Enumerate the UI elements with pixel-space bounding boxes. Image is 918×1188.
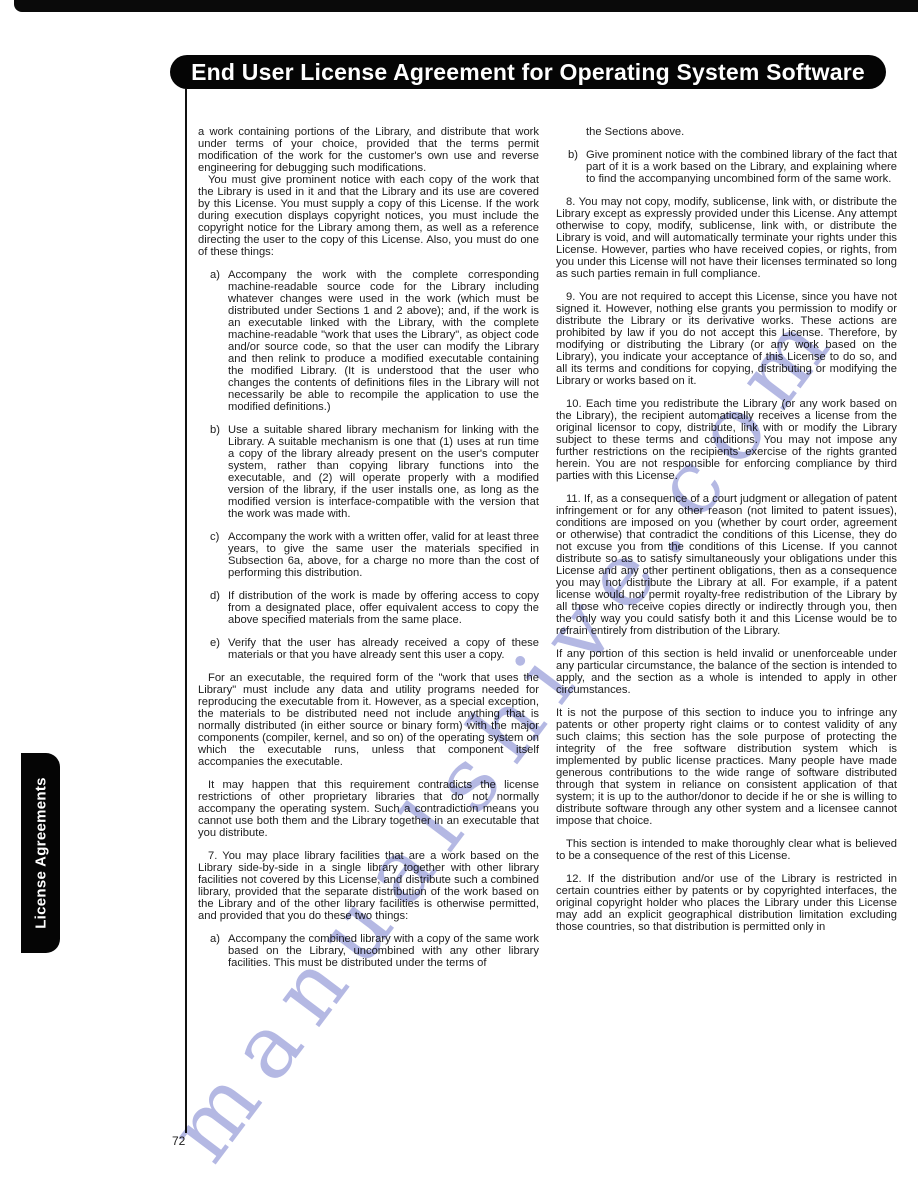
list-text: If distribution of the work is made by o… [228,590,539,626]
list-label: b) [568,149,578,161]
paragraph: This section is intended to make thoroug… [556,838,897,862]
page-number: 72 [172,1134,185,1148]
paragraph: It may happen that this requirement cont… [198,779,539,839]
paragraph: 10. Each time you redistribute the Libra… [556,398,897,482]
list-item: e) Verify that the user has already rece… [198,637,539,661]
page-title: End User License Agreement for Operating… [191,59,865,86]
list-label: d) [210,590,220,602]
content-left-rule [185,88,187,1133]
list-label: e) [210,637,220,649]
list-item: a) Accompany the work with the complete … [198,269,539,413]
list-text: Accompany the work with a written offer,… [228,531,539,579]
list-text: Use a suitable shared library mechanism … [228,424,539,520]
list-item: d) If distribution of the work is made b… [198,590,539,626]
list-label: a) [210,933,220,945]
paragraph: a work containing portions of the Librar… [198,126,539,174]
list-text: Accompany the work with the complete cor… [228,269,539,413]
paragraph: 12. If the distribution and/or use of th… [556,873,897,933]
list-item: b) Give prominent notice with the combin… [556,149,897,185]
scan-artifact-top-bar [14,0,918,12]
list-label: a) [210,269,220,281]
paragraph: It is not the purpose of this section to… [556,707,897,827]
paragraph: 7. You may place library facilities that… [198,850,539,922]
scanned-manual-page: End User License Agreement for Operating… [0,0,918,1188]
list-item: b) Use a suitable shared library mechani… [198,424,539,520]
list-item: c) Accompany the work with a written off… [198,531,539,579]
license-text-right-column: the Sections above. b) Give prominent no… [556,126,897,944]
page-title-bar: End User License Agreement for Operating… [170,55,886,89]
list-label: b) [210,424,220,436]
paragraph: If any portion of this section is held i… [556,648,897,696]
list-item: a) Accompany the combined library with a… [198,933,539,969]
paragraph: You must give prominent notice with each… [198,174,539,258]
license-agreements-tab: License Agreements [21,753,60,953]
license-agreements-tab-label: License Agreements [32,777,49,929]
list-text: Verify that the user has already receive… [228,637,539,661]
paragraph: For an executable, the required form of … [198,672,539,768]
paragraph: 9. You are not required to accept this L… [556,291,897,387]
list-label: c) [210,531,219,543]
list-text: Accompany the combined library with a co… [228,933,539,969]
list-text: Give prominent notice with the combined … [586,149,897,185]
paragraph: the Sections above. [556,126,897,138]
license-text-left-column: a work containing portions of the Librar… [198,126,539,980]
paragraph: 8. You may not copy, modify, sublicense,… [556,196,897,280]
paragraph: 11. If, as a consequence of a court judg… [556,493,897,637]
